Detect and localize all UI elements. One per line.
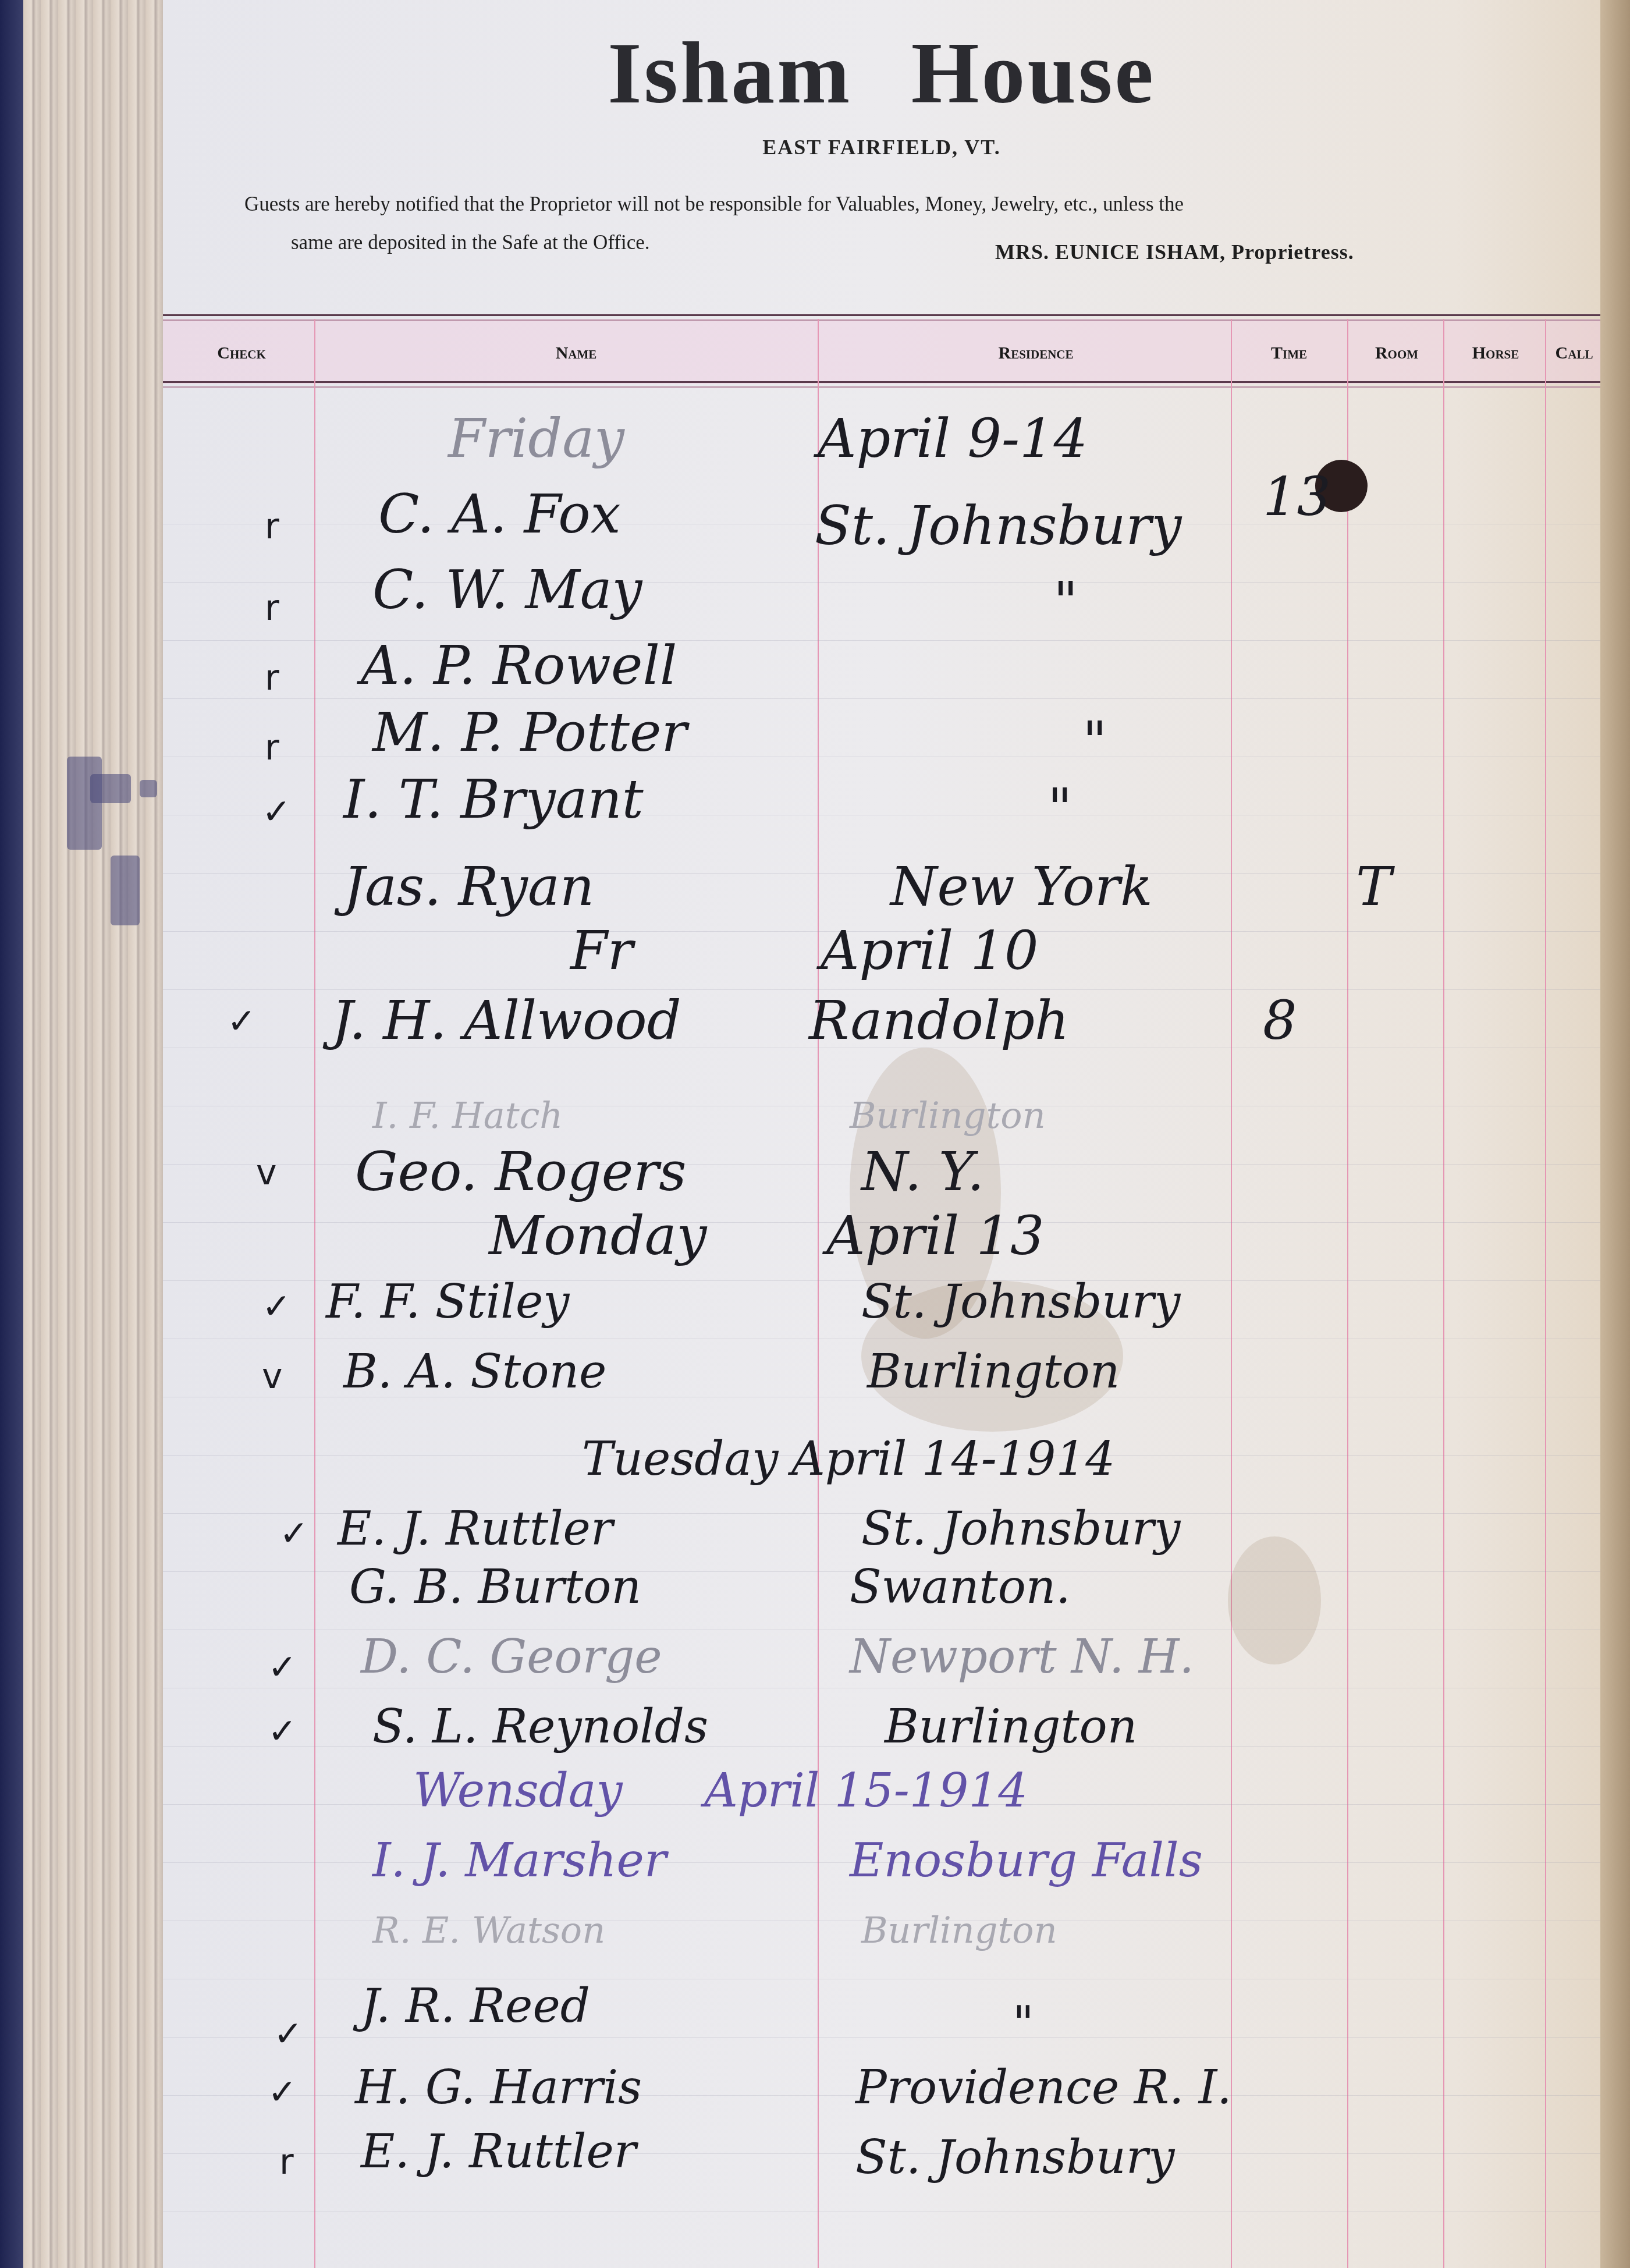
col-call: Call [1548, 343, 1600, 363]
page-edges [23, 0, 163, 2268]
guest-name: H. G. Harris [355, 2060, 642, 2114]
check-mark: ✓ [227, 1001, 256, 1042]
guest-name: R. E. Watson [372, 1909, 605, 1951]
guest-residence: St. Johnsbury [861, 1502, 1180, 1556]
hotel-title: Isham House [163, 23, 1600, 123]
guest-name: I. T. Bryant [343, 768, 644, 830]
check-mark: r [279, 2142, 294, 2182]
guest-room: T [1356, 856, 1391, 918]
guest-name: D. C. George [361, 1630, 662, 1684]
guest-room: 8 [1263, 989, 1297, 1052]
guest-name: B. A. Stone [343, 1344, 606, 1399]
column-divider [1347, 319, 1348, 2268]
check-mark: ✓ [268, 2072, 297, 2113]
col-room: Room [1356, 343, 1437, 363]
col-horse: Horse [1449, 343, 1542, 363]
guest-residence: Providence R. I. [855, 2060, 1232, 2114]
guest-residence: St. Johnsbury [861, 1275, 1180, 1329]
check-mark: ✓ [262, 792, 291, 832]
notice-line-1: Guests are hereby notified that the Prop… [244, 185, 1583, 223]
check-mark: ✓ [274, 2014, 303, 2054]
date-header-date: April 14-1914 [791, 1432, 1115, 1486]
guest-residence: St. Johnsbury [815, 495, 1182, 557]
proprietress: MRS. EUNICE ISHAM, Proprietress. [995, 240, 1354, 264]
date-header-date: April 10 [821, 920, 1038, 982]
guest-name: C. W. May [372, 559, 642, 621]
guest-residence: Randolph [809, 989, 1069, 1052]
guest-name: G. B. Burton [349, 1560, 641, 1614]
guest-name: C. A. Fox [378, 483, 621, 545]
guest-residence: Enosburg Falls [850, 1833, 1203, 1887]
date-header-date: April 15-1914 [704, 1763, 1028, 1818]
guest-name: E. J. Ruttler [338, 1502, 613, 1556]
date-header-date: April 9-14 [818, 407, 1088, 470]
guest-name: J. H. Allwood [332, 989, 681, 1052]
col-name: Name [489, 343, 663, 363]
guest-residence: N. Y. [861, 1141, 984, 1203]
guest-residence: New York [890, 856, 1153, 918]
guest-residence: " [1053, 570, 1078, 633]
col-check: Check [198, 343, 285, 363]
column-divider [1443, 319, 1444, 2268]
guest-residence: Swanton. [850, 1560, 1071, 1614]
date-header-day: Fr [570, 920, 633, 982]
guest-residence: Burlington [850, 1094, 1046, 1137]
guest-residence: " [1013, 1996, 1034, 2050]
header-bottom-rule [163, 381, 1600, 388]
guest-residence: " [1047, 777, 1072, 839]
date-header-date: April 13 [826, 1205, 1044, 1267]
date-header-day: Monday [489, 1205, 707, 1267]
check-mark: ✓ [268, 1647, 297, 1688]
check-mark: v [262, 1356, 283, 1397]
column-divider [1545, 319, 1546, 2268]
next-page-edge [1600, 0, 1630, 2268]
guest-name: M. P. Potter [372, 701, 687, 764]
guest-residence: Newport N. H. [850, 1630, 1194, 1684]
column-divider [1231, 319, 1232, 2268]
column-divider [818, 319, 819, 2268]
check-mark: r [265, 727, 279, 768]
col-time: Time [1245, 343, 1333, 363]
date-header-day: Wensday [413, 1763, 623, 1818]
check-mark: r [265, 588, 279, 629]
guest-room: 13 [1263, 466, 1331, 528]
guest-residence: Burlington [867, 1344, 1120, 1399]
check-mark: v [256, 1152, 277, 1193]
water-stain [1228, 1536, 1321, 1664]
guest-name: Jas. Ryan [343, 856, 594, 918]
check-mark: ✓ [268, 1711, 297, 1752]
guest-residence: Burlington [885, 1699, 1137, 1754]
guest-residence: Burlington [861, 1909, 1057, 1951]
top-rule [163, 314, 1600, 321]
notice-line-2: same are deposited in the Safe at the Of… [244, 223, 1583, 262]
col-residence: Residence [919, 343, 1152, 363]
column-divider [314, 319, 315, 2268]
guest-name: J. R. Reed [361, 1979, 590, 2033]
guest-name: F. F. Stiley [326, 1275, 569, 1329]
guest-residence: " [1082, 710, 1107, 772]
guest-residence: St. Johnsbury [855, 2130, 1174, 2184]
check-mark: r [265, 658, 279, 698]
guest-name: E. J. Ruttler [361, 2124, 636, 2178]
hotel-location: EAST FAIRFIELD, VT. [163, 135, 1600, 159]
guest-name: I. J. Marsher [372, 1833, 666, 1887]
check-mark: ✓ [262, 1286, 291, 1327]
date-header-day: Tuesday [582, 1432, 778, 1486]
date-header-day: Friday [448, 407, 624, 470]
check-mark: r [265, 506, 279, 547]
guest-name: S. L. Reynolds [372, 1699, 708, 1754]
check-mark: ✓ [279, 1513, 308, 1554]
guest-name: I. F. Hatch [372, 1094, 563, 1137]
ledger-page: Isham House EAST FAIRFIELD, VT. Guests a… [163, 0, 1600, 2268]
book-cover [0, 0, 23, 2268]
guest-name: A. P. Rowell [361, 634, 677, 697]
guest-name: Geo. Rogers [355, 1141, 686, 1203]
guest-notice: Guests are hereby notified that the Prop… [244, 185, 1583, 262]
